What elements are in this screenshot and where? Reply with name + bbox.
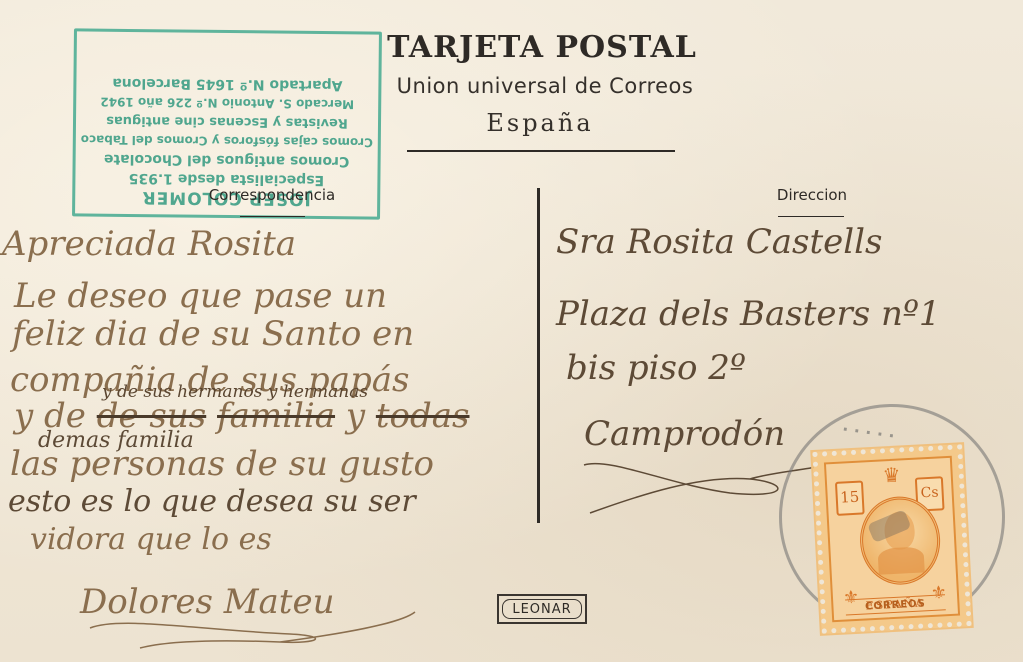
address-line: Plaza dels Basters nº1 bbox=[556, 294, 941, 334]
correspondence-rule bbox=[240, 216, 305, 217]
address-label: Direccion bbox=[752, 186, 872, 204]
address-line: Camprodón bbox=[584, 414, 785, 454]
card-subtitle: Union universal de Correos bbox=[355, 74, 735, 98]
printer-mark: LEONAR bbox=[497, 594, 587, 624]
dealer-stamp-line: Cromos antiguos del Chocolate bbox=[76, 148, 378, 170]
center-divider bbox=[537, 188, 540, 523]
card-title: TARJETA POSTAL bbox=[372, 30, 712, 65]
dealer-stamp-line: Cromos cajas fósforos y Cromos del Tabac… bbox=[76, 129, 378, 151]
crown-icon: ♛ bbox=[876, 464, 907, 486]
card-country: España bbox=[440, 109, 640, 137]
dealer-stamp-line: Mercado S. Antonio N.º 226 año 1942 bbox=[76, 91, 378, 113]
message-line: las personas de su gusto bbox=[10, 444, 434, 484]
dealer-stamp-line: Revistas y Escenas cine antiguas bbox=[76, 110, 378, 132]
signature-flourish bbox=[80, 610, 420, 650]
message-line: Apreciada Rosita bbox=[2, 224, 296, 264]
message-line: vidora que lo es bbox=[30, 522, 272, 557]
struck-text: familia bbox=[217, 396, 335, 436]
postcard-back: JOSEP COLOMER Especialista desde 1.935 C… bbox=[0, 0, 1023, 662]
portrait-bust bbox=[877, 546, 924, 574]
address-line: Sra Rosita Castells bbox=[556, 222, 882, 262]
message-line: esto es lo que desea su ser bbox=[8, 484, 416, 519]
address-rule bbox=[778, 216, 844, 217]
struck-text: todas bbox=[376, 396, 470, 436]
title-rule bbox=[407, 150, 675, 152]
message-line: feliz dia de su Santo en bbox=[12, 314, 414, 354]
postage-stamp: ♛ 15 Cs ⚜ ⚜ ESPAÑA CORREOS bbox=[812, 444, 971, 634]
postage-stamp-frame: ♛ 15 Cs ⚜ ⚜ ESPAÑA CORREOS bbox=[824, 456, 960, 622]
address-line: bis piso 2º bbox=[566, 348, 746, 388]
postmark-text: · · · · · bbox=[841, 419, 896, 445]
message-line: Le deseo que pase un bbox=[14, 276, 387, 316]
correspondence-label: Correspondencia bbox=[182, 186, 362, 204]
stamp-value: 15 bbox=[835, 480, 865, 515]
dealer-stamp-line: Apartado N.º 1645 Barcelona bbox=[76, 72, 378, 94]
